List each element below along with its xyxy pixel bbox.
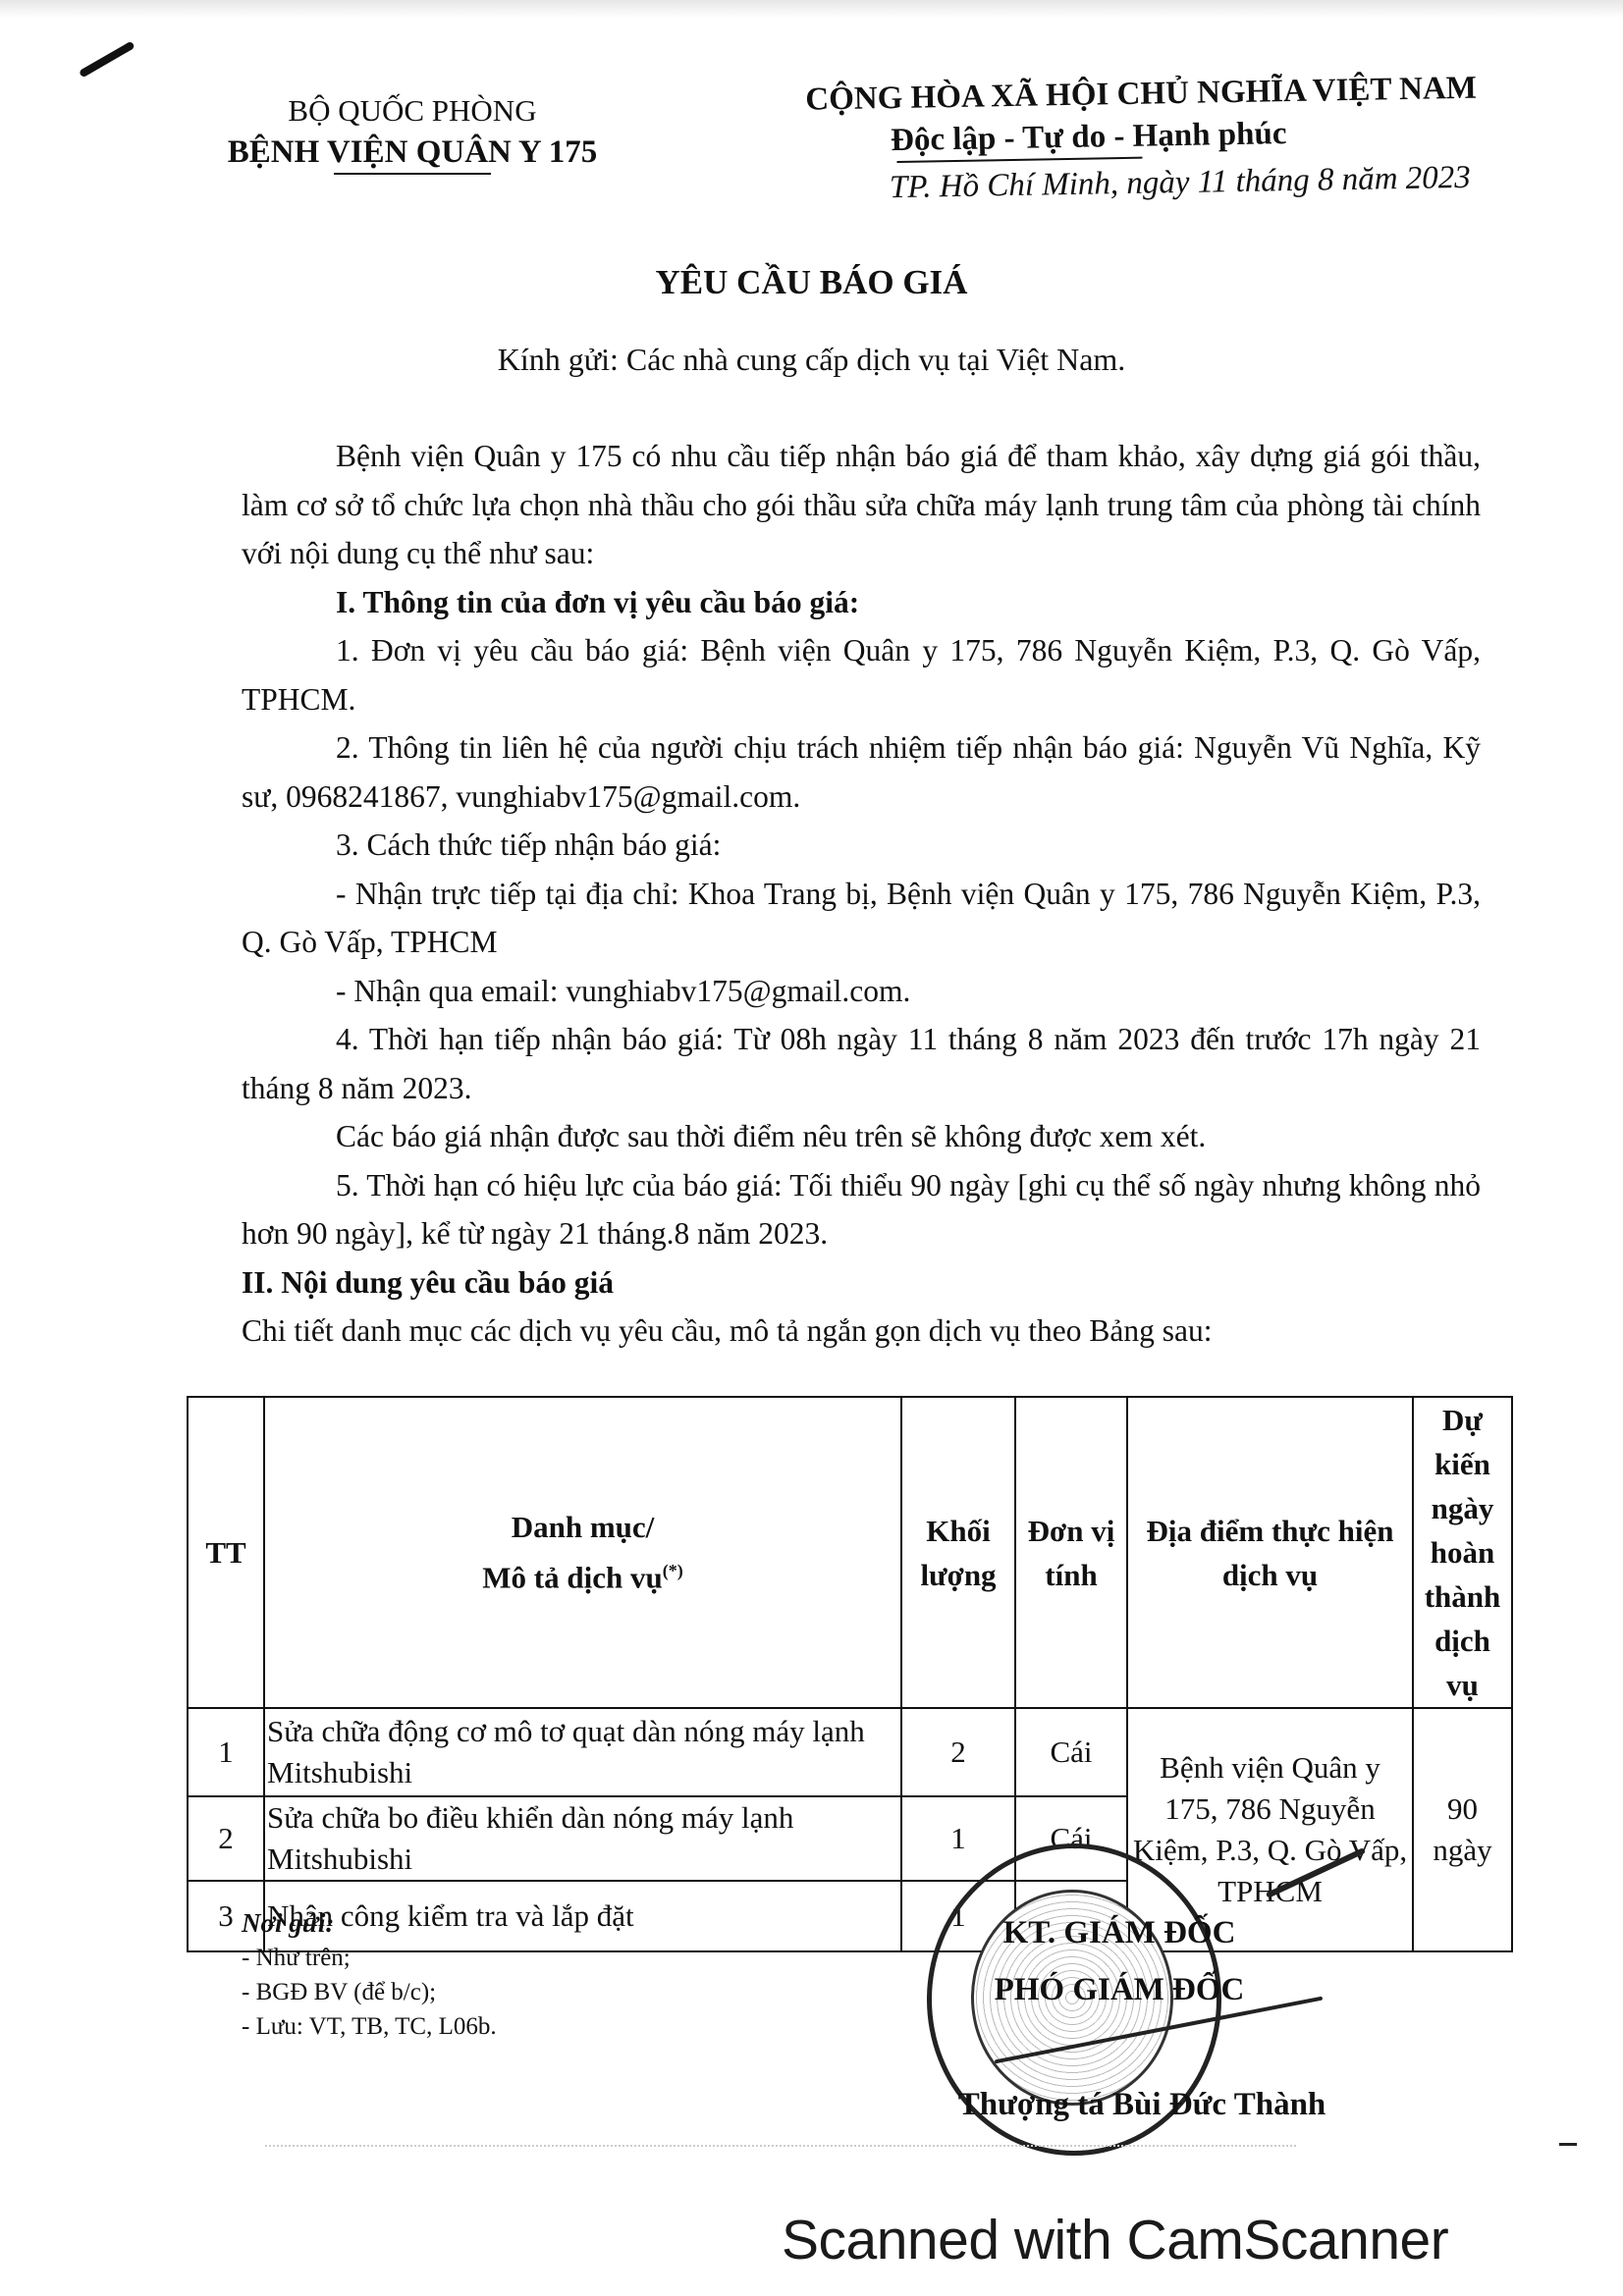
recipient-item: - BGĐ BV (để b/c); [242, 1975, 497, 2009]
table-row: 1 Sửa chữa động cơ mô tơ quạt dàn nóng m… [188, 1708, 1512, 1796]
scan-artifact-tick [1559, 2143, 1577, 2146]
recipient-item: - Như trên; [242, 1941, 497, 1975]
header-left-underline [334, 173, 491, 175]
recipients-block: Nơi gửi: - Như trên; - BGĐ BV (để b/c); … [242, 1906, 497, 2044]
intro-paragraph: Bệnh viện Quân y 175 có nhu cầu tiếp nhậ… [242, 432, 1481, 578]
pen-mark [79, 41, 135, 79]
header-description-footnote: (*) [663, 1561, 683, 1580]
section1-item3-email: - Nhận qua email: vunghiabv175@gmail.com… [242, 967, 1481, 1016]
service-table: TT Danh mục/ Mô tả dịch vụ(*) Khối lượng… [187, 1396, 1513, 1952]
recipients-heading: Nơi gửi: [242, 1906, 497, 1941]
header-location: Địa điểm thực hiện dịch vụ [1127, 1397, 1413, 1708]
header-description-line2: Mô tả dịch vụ [482, 1561, 662, 1595]
header-days: Dự kiến ngày hoàn thành dịch vụ [1413, 1397, 1512, 1708]
section1-item1: 1. Đơn vị yêu cầu báo giá: Bệnh viện Quâ… [242, 626, 1481, 723]
row-description: Sửa chữa bo điều khiển dàn nóng máy lạnh… [264, 1796, 901, 1881]
section2-intro: Chi tiết danh mục các dịch vụ yêu cầu, m… [242, 1307, 1481, 1356]
section1-item3-direct: - Nhận trực tiếp tại địa chỉ: Khoa Trang… [242, 870, 1481, 967]
header-description: Danh mục/ Mô tả dịch vụ(*) [264, 1397, 901, 1708]
greeting: Kính gửi: Các nhà cung cấp dịch vụ tại V… [0, 342, 1623, 378]
section1-heading: I. Thông tin của đơn vị yêu cầu báo giá: [242, 578, 1481, 627]
row-description: Sửa chữa động cơ mô tơ quạt dàn nóng máy… [264, 1708, 901, 1796]
header-right: CỘNG HÒA XÃ HỘI CHỦ NGHĨA VIỆT NAM Độc l… [785, 66, 1534, 214]
row-quantity: 2 [901, 1708, 1015, 1796]
organization-name: BỆNH VIỆN QUÂN Y 175 [196, 132, 628, 173]
scan-edge [0, 0, 1623, 18]
document-title: YÊU CẦU BÁO GIÁ [0, 263, 1623, 302]
section1-item5: 5. Thời hạn có hiệu lực của báo giá: Tối… [242, 1161, 1481, 1258]
header-description-line1: Danh mục/ [512, 1510, 655, 1544]
row-tt: 1 [188, 1708, 264, 1796]
section1-item2: 2. Thông tin liên hệ của người chịu trác… [242, 723, 1481, 821]
document-body: Bệnh viện Quân y 175 có nhu cầu tiếp nhậ… [242, 432, 1481, 1356]
header-tt: TT [188, 1397, 264, 1708]
row-tt: 2 [188, 1796, 264, 1881]
scan-artifact-line [265, 2145, 1296, 2147]
section1-item4: 4. Thời hạn tiếp nhận báo giá: Từ 08h ng… [242, 1015, 1481, 1112]
ministry-name: BỘ QUỐC PHÒNG [196, 90, 628, 132]
table-header-row: TT Danh mục/ Mô tả dịch vụ(*) Khối lượng… [188, 1397, 1512, 1708]
header-unit: Đơn vị tính [1015, 1397, 1127, 1708]
scanner-watermark: Scanned with CamScanner [782, 2208, 1448, 2272]
section1-item4-note: Các báo giá nhận được sau thời điểm nêu … [242, 1112, 1481, 1161]
header-left: BỘ QUỐC PHÒNG BỆNH VIỆN QUÂN Y 175 [196, 90, 628, 175]
section2-heading: II. Nội dung yêu cầu báo giá [242, 1258, 1481, 1308]
row-unit: Cái [1015, 1708, 1127, 1796]
row-days: 90 ngày [1413, 1708, 1512, 1951]
signature-block: KT. GIÁM ĐỐC PHÓ GIÁM ĐỐC [923, 1904, 1316, 2018]
signer-name: Thượng tá Bùi Đức Thành [931, 2087, 1353, 2123]
section1-item3: 3. Cách thức tiếp nhận báo giá: [242, 821, 1481, 870]
signing-authority: KT. GIÁM ĐỐC [923, 1904, 1316, 1961]
header-quantity: Khối lượng [901, 1397, 1015, 1708]
recipient-item: - Lưu: VT, TB, TC, L06b. [242, 2009, 497, 2044]
